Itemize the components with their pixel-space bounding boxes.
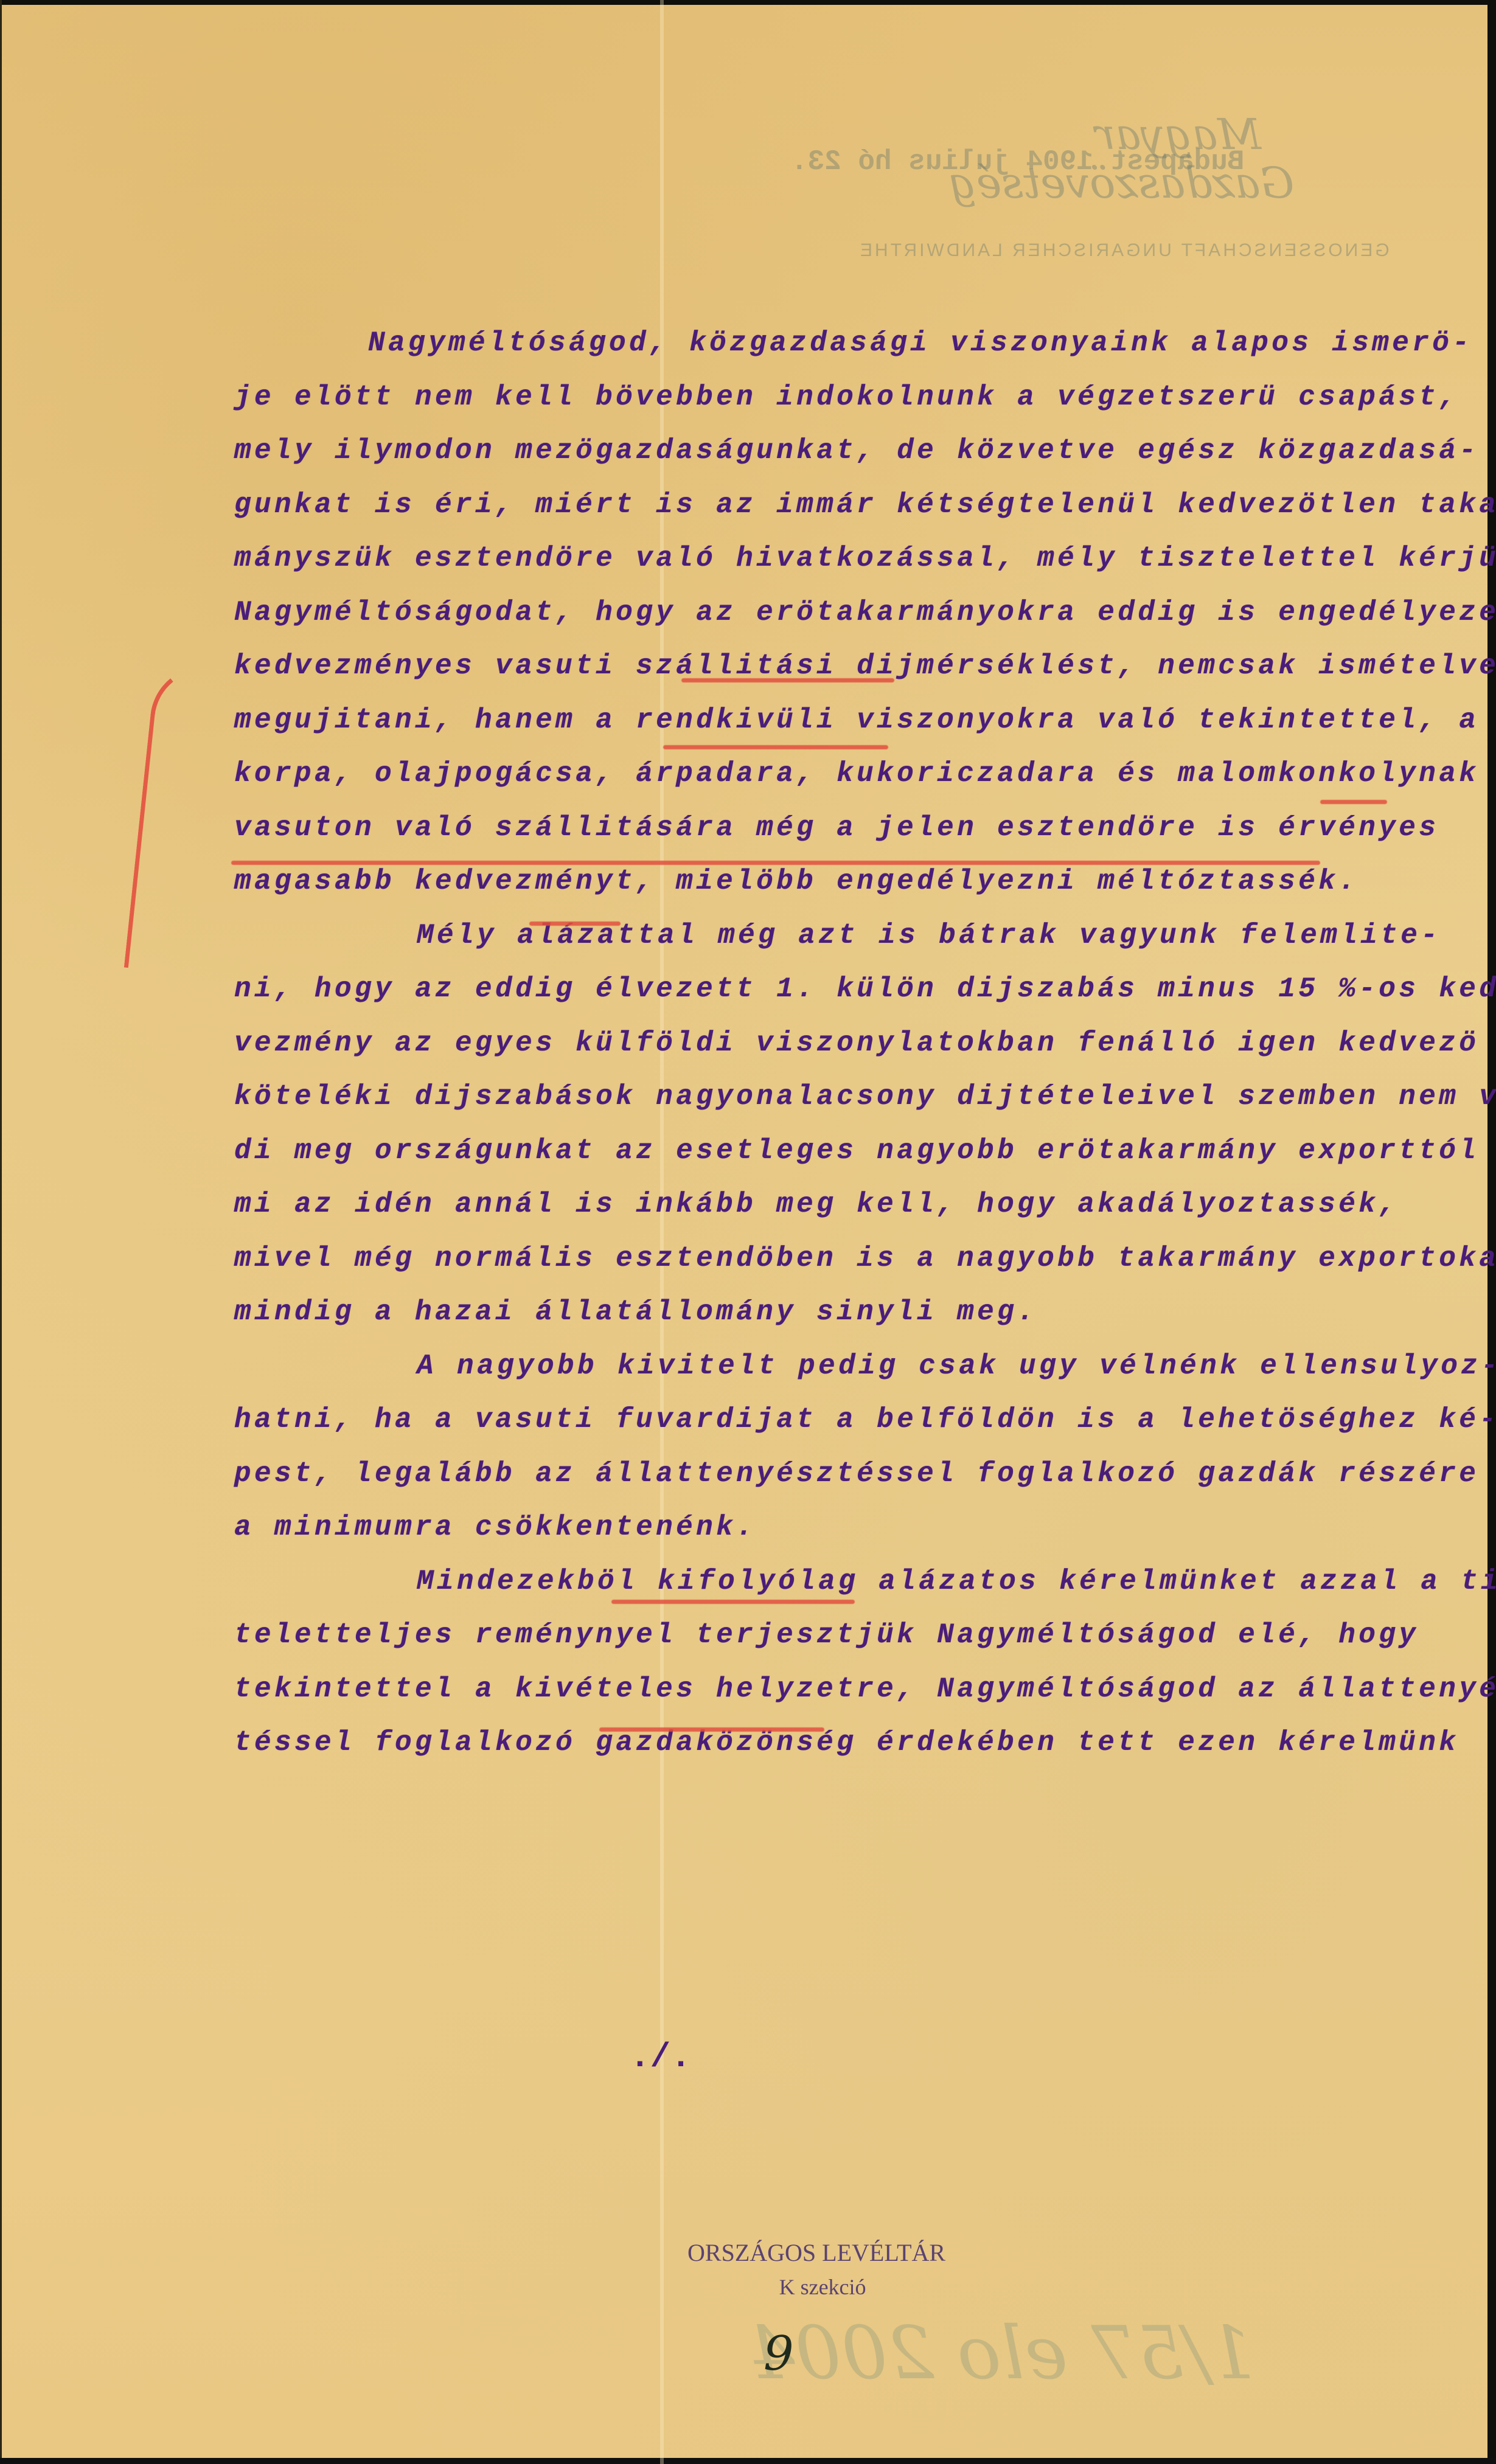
body-line: mivel még normális esztendöben is a nagy…: [234, 1232, 1390, 1286]
body-line: gunkat is éri, miért is az immár kétségt…: [234, 478, 1390, 532]
body-line: Nagyméltóságodat, hogy az erötakarmányok…: [234, 586, 1390, 640]
bleed-through-handwriting: 1/57 elo 2004: [748, 2311, 1255, 2396]
body-line: téssel foglalkozó gazdaközönség érdekébe…: [234, 1716, 1390, 1770]
red-underline: [1320, 800, 1387, 804]
body-line: vezmény az egyes külföldi viszonylatokba…: [234, 1016, 1390, 1071]
scan-edge-top: [0, 0, 1496, 5]
red-underline: [611, 1600, 855, 1604]
body-line: ni, hogy az eddig élvezett 1. külön dijs…: [234, 962, 1390, 1016]
archival-letter-page: Budapest 1904 julius hó 23. Magyar Gazda…: [0, 0, 1496, 2464]
body-line: kedvezményes vasuti szállitási dijmérsék…: [234, 639, 1390, 693]
body-line: hatni, ha a vasuti fuvardijat a belföldö…: [234, 1393, 1390, 1447]
archive-stamp: ORSZÁGOS LEVÉLTÁR K szekció: [687, 2238, 945, 2300]
red-underline: [529, 921, 621, 926]
body-line: korpa, olajpogácsa, árpadara, kukoriczad…: [234, 747, 1390, 801]
body-line: mindig a hazai állatállomány sinyli meg.: [234, 1285, 1390, 1339]
bleed-through-letterhead-1: Magyar: [1095, 109, 1261, 159]
body-line: A nagyobb kivitelt pedig csak ugy vélnén…: [234, 1339, 1390, 1393]
letter-body: Nagyméltóságod, közgazdasági viszonyaink…: [234, 316, 1390, 1770]
stamp-section: K szekció: [687, 2274, 945, 2300]
red-underline: [681, 678, 894, 682]
body-line: köteléki dijszabások nagyonalacsony dijt…: [234, 1070, 1390, 1124]
body-line: mi az idén annál is inkább meg kell, hog…: [234, 1178, 1390, 1232]
red-underline: [599, 1727, 824, 1732]
body-line: Mély alázattal még azt is bátrak vagyunk…: [234, 909, 1390, 963]
bleed-through-letterhead-2: Gazdaszövetség: [949, 158, 1294, 208]
scan-edge-right: [1487, 0, 1496, 2464]
scan-edge-left: [0, 0, 2, 2464]
body-line: tekintettel a kivételes helyzetre, Nagym…: [234, 1662, 1390, 1716]
body-line: Nagyméltóságod, közgazdasági viszonyaink…: [234, 316, 1390, 370]
red-underline: [663, 745, 888, 749]
body-line: mányszük esztendöre való hivatkozással, …: [234, 532, 1390, 586]
folio-number: 9: [764, 2327, 794, 2381]
body-line: teletteljes reménynyel terjesztjük Nagym…: [234, 1608, 1390, 1662]
stamp-archive-name: ORSZÁGOS LEVÉLTÁR: [687, 2238, 945, 2267]
body-line: je elött nem kell bövebben indokolnunk a…: [234, 370, 1390, 425]
continuation-mark: ./.: [630, 2038, 691, 2077]
body-line: mely ilymodon mezögazdaságunkat, de közv…: [234, 424, 1390, 478]
body-line: a minimumra csökkentenénk.: [234, 1501, 1390, 1555]
red-underline: [231, 861, 1320, 865]
red-margin-bracket: [124, 661, 215, 973]
body-line: megujitani, hanem a rendkivüli viszonyok…: [234, 693, 1390, 748]
body-line: vasuton való szállitására még a jelen es…: [234, 801, 1390, 855]
bleed-through-letterhead-caps: GENOSSENSCHAFT UNGARISCHER LANDWIRTHE: [858, 240, 1390, 261]
scan-edge-bottom: [0, 2458, 1496, 2464]
body-line: di meg országunkat az esetleges nagyobb …: [234, 1124, 1390, 1178]
body-line: pest, legalább az állattenyésztéssel fog…: [234, 1447, 1390, 1501]
